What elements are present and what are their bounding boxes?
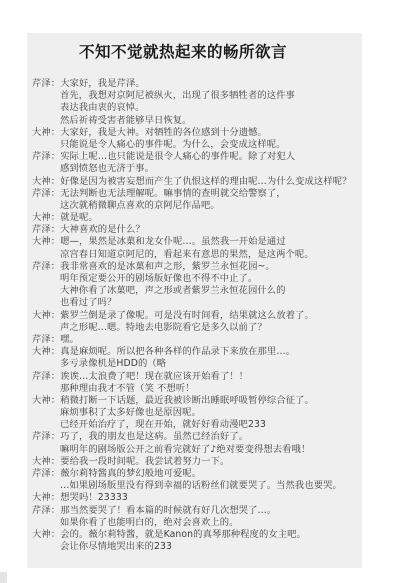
speaker-label: 芹泽： — [32, 78, 60, 90]
dialogue-text: 想哭吗！23333 — [60, 492, 358, 504]
dialogue-text: 这次就稍微聊点喜欢的京阿尼作品吧。 — [60, 200, 358, 212]
speaker-label — [32, 90, 60, 102]
dialogue-text: 诶诶…太浪费了吧！现在就应该开始看了！！ — [60, 371, 358, 383]
dialogue-text: 会让你尽情地哭出来的233 — [60, 541, 358, 553]
speaker-label — [32, 163, 60, 175]
dialogue-text: 多亏录像机是HDD的（略 — [60, 358, 358, 370]
speaker-label: 芹泽： — [32, 371, 60, 383]
speaker-label: 芹泽： — [32, 261, 60, 273]
dialogue-text: 大家好，我是芹泽。 — [60, 78, 358, 90]
speaker-label: 大神： — [32, 492, 60, 504]
dialogue-line: 也看过了吗？ — [32, 297, 358, 309]
speaker-label — [32, 102, 60, 114]
speaker-label — [32, 285, 60, 297]
dialogue-text: 只能说是令人痛心的事件呢。为什么，会变成这样呢。 — [60, 139, 358, 151]
speaker-label: 芹泽： — [32, 431, 60, 443]
dialogue-line: 明年预定要公开的剧场版好像也不得不中止了。 — [32, 273, 358, 285]
speaker-label: 大神： — [32, 127, 60, 139]
dialogue-list: 芹泽：大家好，我是芹泽。首先，我想对京阿尼被纵火，出现了很多牺牲者的这件事表达我… — [32, 78, 358, 553]
speaker-label: 芹泽： — [32, 505, 60, 517]
dialogue-line: 芹泽：那当然要哭了！看本篇的时候就有好几次想哭了…。 — [32, 505, 358, 517]
speaker-label: 芹泽： — [32, 151, 60, 163]
dialogue-line: 只能说是令人痛心的事件呢。为什么，会变成这样呢。 — [32, 139, 358, 151]
dialogue-text: 无法判断也无法理解呢。嘛事情的查明就交给警察了， — [60, 188, 358, 200]
dialogue-text: 真是麻烦呢。所以把各种各样的作品录下来放在那里…。 — [60, 346, 358, 358]
speaker-label — [32, 322, 60, 334]
speaker-label: 芹泽： — [32, 334, 60, 346]
dialogue-line: 芹泽：大神喜欢的是什么？ — [32, 224, 358, 236]
bottom-left-artifact — [0, 572, 7, 583]
dialogue-text: 表达我由衷的哀悼。 — [60, 102, 358, 114]
dialogue-line: 芹泽：无法判断也无法理解呢。嘛事情的查明就交给警察了， — [32, 188, 358, 200]
dialogue-line: 大神：真是麻烦呢。所以把各种各样的作品录下来放在那里…。 — [32, 346, 358, 358]
dialogue-text: 巧了，我的朋友也是这病。虽然已经治好了。 — [60, 431, 358, 443]
dialogue-text: 我非常喜欢的是冰菓和声之形，紫罗兰永恒花园~。 — [60, 261, 358, 273]
dialogue-line: 芹泽：薇尔莉特酱真的梦幻般地可爱呢。 — [32, 468, 358, 480]
dialogue-line: 凉宫春日知道京阿尼的，看起来有意思的果然，是这两个呢。 — [32, 249, 358, 261]
dialogue-line: 大神：好像是因为被害妄想而产生了仇恨这样的理由呢…为什么变成这样呢？ — [32, 176, 358, 188]
dialogue-line: 麻烦事积了太多好像也是原因呢。 — [32, 407, 358, 419]
dialogue-line: 大神：就是呢。 — [32, 212, 358, 224]
dialogue-text: 实际上呢…也只能说是很令人痛心的事件呢。除了对犯人 — [60, 151, 358, 163]
speaker-label — [32, 419, 60, 431]
speaker-label: 大神： — [32, 456, 60, 468]
speaker-label — [32, 480, 60, 492]
page-title: 不知不觉就热起来的畅所欲言 — [32, 38, 358, 62]
speaker-label — [32, 358, 60, 370]
speaker-label: 大神： — [32, 529, 60, 541]
speaker-label — [32, 139, 60, 151]
speaker-label: 芹泽： — [32, 188, 60, 200]
dialogue-line: 如果你看了也能明白的，绝对会喜欢上的。 — [32, 517, 358, 529]
speaker-label — [32, 383, 60, 395]
dialogue-line: 声之形呢…嗯。特地去电影院看它是多久以前了？ — [32, 322, 358, 334]
dialogue-line: 已经开始治疗了，现在开始，就好好看动漫吧233 — [32, 419, 358, 431]
speaker-label — [32, 249, 60, 261]
dialogue-text: …如果剧场版里没有得到幸福的话粉丝们就要哭了。当然我也要哭。 — [60, 480, 358, 492]
dialogue-text: 会的。薇尔莉特酱，就是Kanon的真琴那种程度的女主吧。 — [60, 529, 358, 541]
speaker-label — [32, 200, 60, 212]
page: 不知不觉就热起来的畅所欲言 芹泽：大家好，我是芹泽。首先，我想对京阿尼被纵火，出… — [0, 0, 400, 583]
dialogue-text: 那种理由我才不管（笑 不想听！ — [60, 383, 358, 395]
dialogue-line: 芹泽：实际上呢…也只能说是很令人痛心的事件呢。除了对犯人 — [32, 151, 358, 163]
dialogue-line: 那种理由我才不管（笑 不想听！ — [32, 383, 358, 395]
speaker-label: 大神： — [32, 212, 60, 224]
dialogue-line: 然后祈祷受害者能够早日恢复。 — [32, 115, 358, 127]
transcript-panel: 不知不觉就热起来的畅所欲言 芹泽：大家好，我是芹泽。首先，我想对京阿尼被纵火，出… — [27, 33, 362, 568]
dialogue-line: 首先，我想对京阿尼被纵火，出现了很多牺牲者的这件事 — [32, 90, 358, 102]
dialogue-line: 大神：想哭吗！23333 — [32, 492, 358, 504]
speaker-label: 大神： — [32, 236, 60, 248]
speaker-label — [32, 273, 60, 285]
dialogue-line: 大神你看了冰菓吧，声之形或者紫罗兰永恒花园什么的 — [32, 285, 358, 297]
speaker-label — [32, 517, 60, 529]
dialogue-line: …如果剧场版里没有得到幸福的话粉丝们就要哭了。当然我也要哭。 — [32, 480, 358, 492]
dialogue-text: 好像是因为被害妄想而产生了仇恨这样的理由呢…为什么变成这样呢？ — [60, 176, 358, 188]
speaker-label — [32, 297, 60, 309]
dialogue-line: 大神：稍微打断一下话题，最近我被诊断出睡眠呼吸暂停综合征了。 — [32, 395, 358, 407]
dialogue-line: 这次就稍微聊点喜欢的京阿尼作品吧。 — [32, 200, 358, 212]
speaker-label — [32, 115, 60, 127]
dialogue-text: 已经开始治疗了，现在开始，就好好看动漫吧233 — [60, 419, 358, 431]
dialogue-text: 大神喜欢的是什么？ — [60, 224, 358, 236]
dialogue-text: 声之形呢…嗯。特地去电影院看它是多久以前了？ — [60, 322, 358, 334]
dialogue-line: 表达我由衷的哀悼。 — [32, 102, 358, 114]
dialogue-line: 大神：要给我一段时间呢。我尝试着努力一下。 — [32, 456, 358, 468]
dialogue-text: 然后祈祷受害者能够早日恢复。 — [60, 115, 358, 127]
dialogue-line: 多亏录像机是HDD的（略 — [32, 358, 358, 370]
speaker-label: 芹泽： — [32, 468, 60, 480]
speaker-label: 大神： — [32, 395, 60, 407]
dialogue-text: 如果你看了也能明白的，绝对会喜欢上的。 — [60, 517, 358, 529]
dialogue-text: 那当然要哭了！看本篇的时候就有好几次想哭了…。 — [60, 505, 358, 517]
dialogue-text: 首先，我想对京阿尼被纵火，出现了很多牺牲者的这件事 — [60, 90, 358, 102]
dialogue-text: 凉宫春日知道京阿尼的，看起来有意思的果然，是这两个呢。 — [60, 249, 358, 261]
speaker-label: 大神： — [32, 346, 60, 358]
dialogue-text: 就是呢。 — [60, 212, 358, 224]
dialogue-line: 大神：会的。薇尔莉特酱，就是Kanon的真琴那种程度的女主吧。 — [32, 529, 358, 541]
speaker-label — [32, 407, 60, 419]
dialogue-text: 大家好，我是大神。对牺牲的各位感到十分遗憾。 — [60, 127, 358, 139]
dialogue-text: 感到愤怒也无济于事。 — [60, 163, 358, 175]
speaker-label: 大神： — [32, 176, 60, 188]
dialogue-text: 麻烦事积了太多好像也是原因呢。 — [60, 407, 358, 419]
dialogue-text: 要给我一段时间呢。我尝试着努力一下。 — [60, 456, 358, 468]
speaker-label — [32, 541, 60, 553]
dialogue-text: 稍微打断一下话题，最近我被诊断出睡眠呼吸暂停综合征了。 — [60, 395, 358, 407]
dialogue-line: 芹泽：我非常喜欢的是冰菓和声之形，紫罗兰永恒花园~。 — [32, 261, 358, 273]
dialogue-text: 也看过了吗？ — [60, 297, 358, 309]
dialogue-line: 芹泽：大家好，我是芹泽。 — [32, 78, 358, 90]
speaker-label: 芹泽： — [32, 224, 60, 236]
dialogue-text: 嗯—，果然是冰菓和龙女仆呢…。虽然我一开始是通过 — [60, 236, 358, 248]
dialogue-text: 大神你看了冰菓吧，声之形或者紫罗兰永恒花园什么的 — [60, 285, 358, 297]
dialogue-line: 芹泽：嘿。 — [32, 334, 358, 346]
dialogue-line: 会让你尽情地哭出来的233 — [32, 541, 358, 553]
dialogue-text: 紫罗兰倒是录了像呢。可是没有时间看，结果就这么放着了。 — [60, 310, 358, 322]
dialogue-line: 大神：嗯—，果然是冰菓和龙女仆呢…。虽然我一开始是通过 — [32, 236, 358, 248]
dialogue-text: 薇尔莉特酱真的梦幻般地可爱呢。 — [60, 468, 358, 480]
dialogue-line: 大神：紫罗兰倒是录了像呢。可是没有时间看，结果就这么放着了。 — [32, 310, 358, 322]
dialogue-line: 感到愤怒也无济于事。 — [32, 163, 358, 175]
dialogue-text: 嘛明年的剧场版公开之前看完就好了♪绝对要变得想去看哦！ — [60, 444, 358, 456]
dialogue-text: 明年预定要公开的剧场版好像也不得不中止了。 — [60, 273, 358, 285]
dialogue-text: 嘿。 — [60, 334, 358, 346]
dialogue-line: 芹泽：诶诶…太浪费了吧！现在就应该开始看了！！ — [32, 371, 358, 383]
dialogue-line: 嘛明年的剧场版公开之前看完就好了♪绝对要变得想去看哦！ — [32, 444, 358, 456]
speaker-label: 大神： — [32, 310, 60, 322]
speaker-label — [32, 444, 60, 456]
dialogue-line: 芹泽：巧了，我的朋友也是这病。虽然已经治好了。 — [32, 431, 358, 443]
dialogue-line: 大神：大家好，我是大神。对牺牲的各位感到十分遗憾。 — [32, 127, 358, 139]
